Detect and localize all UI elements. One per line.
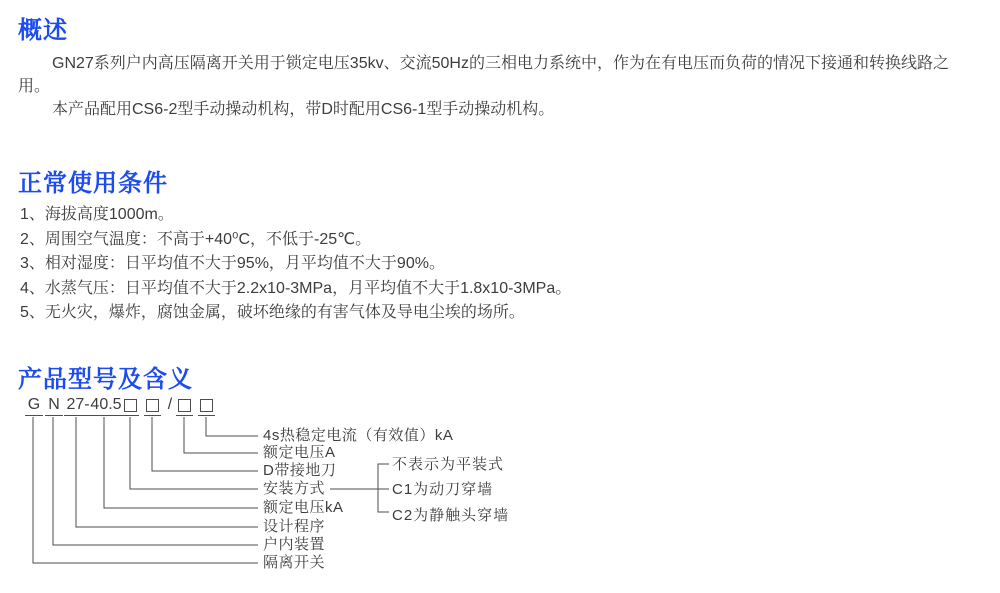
model-token-box-mount bbox=[122, 395, 139, 416]
model-token-design-number: 27- bbox=[64, 395, 92, 416]
model-designation-diagram: G N 27- 40.5 / 4s热稳定电流（有效值）kA 额定电压A D带接地… bbox=[0, 393, 1000, 593]
condition-item-1: 1、海拔高度1000m。 bbox=[20, 203, 960, 228]
conditions-list: 1、海拔高度1000m。 2、周围空气温度：不高于+40⁰C，不低于-25℃。 … bbox=[20, 203, 960, 326]
diagram-connector-lines bbox=[0, 393, 1000, 593]
model-token-slash: / bbox=[164, 395, 176, 416]
model-token-box-thermal bbox=[198, 395, 215, 416]
label-indoor-device: 户内装置 bbox=[263, 536, 325, 554]
model-token-voltage-number: 40.5 bbox=[90, 395, 122, 416]
overview-paragraph-2: 本产品配用CS6-2型手动操动机构，带D时配用CS6-1型手动操动机构。 bbox=[18, 98, 956, 121]
placeholder-box-icon bbox=[178, 399, 191, 412]
model-heading: 产品型号及含义 bbox=[18, 359, 193, 394]
document-page: 概述 GN27系列户内高压隔离开关用于锁定电压35kv、交流50Hz的三相电力系… bbox=[0, 0, 1000, 593]
condition-item-4: 4、水蒸气压：日平均值不大于2.2x10-3MPa，月平均值不大于1.8x10-… bbox=[20, 277, 960, 302]
conditions-heading: 正常使用条件 bbox=[18, 163, 168, 198]
label-design-series: 设计程序 bbox=[263, 518, 325, 536]
placeholder-box-icon bbox=[200, 399, 213, 412]
condition-item-5: 5、无火灾，爆炸，腐蚀金属，破坏绝缘的有害气体及导电尘埃的场所。 bbox=[20, 301, 960, 326]
mount-option-c1: C1为动刀穿墙 bbox=[392, 481, 493, 499]
model-token-series-letter: G bbox=[25, 395, 43, 416]
label-rated-current: 额定电压A bbox=[263, 444, 336, 462]
label-disconnect-switch: 隔离开关 bbox=[263, 554, 325, 572]
model-token-box-earthing bbox=[144, 395, 161, 416]
placeholder-box-icon bbox=[146, 399, 159, 412]
overview-heading: 概述 bbox=[18, 10, 68, 45]
model-token-indoor-letter: N bbox=[45, 395, 63, 416]
condition-item-2: 2、周围空气温度：不高于+40⁰C，不低于-25℃。 bbox=[20, 228, 960, 253]
label-thermal-current: 4s热稳定电流（有效值）kA bbox=[263, 427, 453, 445]
overview-paragraph-1: GN27系列户内高压隔离开关用于锁定电压35kv、交流50Hz的三相电力系统中，… bbox=[18, 52, 956, 98]
label-earthing-knife: D带接地刀 bbox=[263, 462, 336, 480]
label-mounting-type: 安装方式 bbox=[263, 480, 325, 498]
model-token-box-current bbox=[176, 395, 193, 416]
placeholder-box-icon bbox=[124, 399, 137, 412]
condition-item-3: 3、相对湿度：日平均值不大于95%，月平均值不大于90%。 bbox=[20, 252, 960, 277]
mount-option-c2: C2为静触头穿墙 bbox=[392, 507, 509, 525]
mount-option-flat: 不表示为平装式 bbox=[392, 456, 504, 474]
overview-body: GN27系列户内高压隔离开关用于锁定电压35kv、交流50Hz的三相电力系统中，… bbox=[18, 52, 956, 121]
label-rated-voltage: 额定电压kA bbox=[263, 499, 344, 517]
